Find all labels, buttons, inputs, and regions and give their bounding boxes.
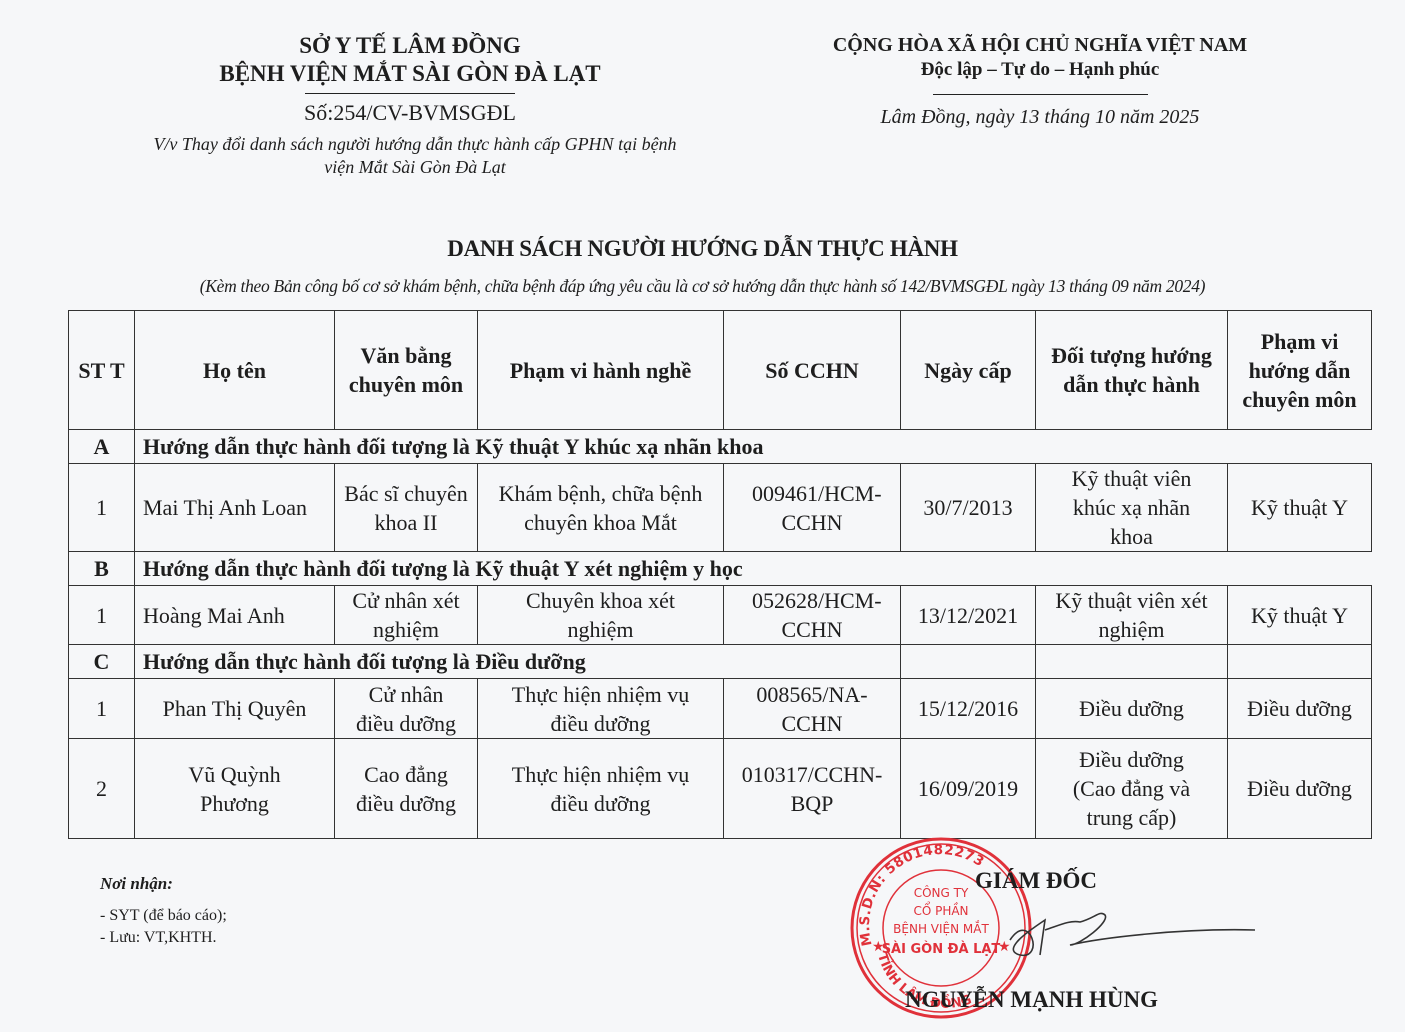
cell-guide-scope: Điều dưỡng [1228,739,1372,839]
section-row: A Hướng dẫn thực hành đối tượng là Kỹ th… [69,430,1372,464]
cell-license: 008565/NA-CCHN [724,679,901,739]
director-title: GIÁM ĐỐC [975,868,1097,894]
cell-date: 13/12/2021 [901,586,1036,645]
cell-degree: Cao đẳng điều dưỡng [335,739,478,839]
column-header: ST T [69,311,135,430]
cell-license: 010317/CCHN-BQP [724,739,901,839]
department-name: SỞ Y TẾ LÂM ĐỒNG [180,32,640,60]
svg-text:BỆNH VIỆN MẮT: BỆNH VIỆN MẮT [893,920,989,936]
cell-target: Điều dưỡng (Cao đẳng và trung cấp) [1036,739,1228,839]
section-title: Hướng dẫn thực hành đối tượng là Điều dư… [135,645,724,679]
cell-degree: Bác sĩ chuyên khoa II [335,464,478,552]
svg-text:CÔNG TY: CÔNG TY [914,885,969,900]
cell-guide-scope: Kỹ thuật Y [1228,464,1372,552]
cell-license: 052628/HCM-CCHN [724,586,901,645]
section-code: B [69,552,135,586]
issuing-agency-block: SỞ Y TẾ LÂM ĐỒNG BỆNH VIỆN MẮT SÀI GÒN Đ… [180,32,640,126]
cell-target: Điều dưỡng [1036,679,1228,739]
document-title: DANH SÁCH NGƯỜI HƯỚNG DẪN THỰC HÀNH [0,236,1405,262]
cell-name: Mai Thị Anh Loan [135,464,335,552]
cell-target: Kỹ thuật viên xét nghiệm [1036,586,1228,645]
empty-cell [1036,645,1228,679]
section-title: Hướng dẫn thực hành đối tượng là Kỹ thuậ… [135,552,1372,586]
cell-stt: 1 [69,679,135,739]
subject-line: V/v Thay đổi danh sách người hướng dẫn t… [120,133,710,179]
recipients-block: Nơi nhận: - SYT (để báo cáo); - Lưu: VT,… [100,873,450,949]
place-date: Lâm Đồng, ngày 13 tháng 10 năm 2025 [800,105,1280,129]
cell-date: 30/7/2013 [901,464,1036,552]
column-header: Ngày cấp [901,311,1036,430]
column-header: Họ tên [135,311,335,430]
svg-text:★: ★ [872,939,885,955]
cell-degree: Cử nhân điều dưỡng [335,679,478,739]
motto: Độc lập – Tự do – Hạnh phúc [800,58,1280,82]
cell-target: Kỹ thuật viên khúc xạ nhãn khoa [1036,464,1228,552]
cell-license: 009461/HCM-CCHN [724,464,901,552]
cell-scope: Thực hiện nhiệm vụ điều dưỡng [478,739,724,839]
table-row: 1 Mai Thị Anh Loan Bác sĩ chuyên khoa II… [69,464,1372,552]
table-row: 2 Vũ Quỳnh Phương Cao đẳng điều dưỡng Th… [69,739,1372,839]
director-name: NGUYỄN MẠNH HÙNG [905,987,1158,1013]
column-header: Phạm vi hướng dẫn chuyên môn [1228,311,1372,430]
cell-scope: Khám bệnh, chữa bệnh chuyên khoa Mắt [478,464,724,552]
national-header-block: CỘNG HÒA XÃ HỘI CHỦ NGHĨA VIỆT NAM Độc l… [800,32,1280,129]
subject-line-1: V/v Thay đổi danh sách người hướng dẫn t… [120,133,710,156]
cell-date: 16/09/2019 [901,739,1036,839]
document-subtitle: (Kèm theo Bản công bố cơ sở khám bệnh, c… [0,276,1405,297]
divider [305,93,515,94]
cell-degree: Cử nhân xét nghiệm [335,586,478,645]
section-title: Hướng dẫn thực hành đối tượng là Kỹ thuậ… [135,430,1372,464]
cell-stt: 1 [69,464,135,552]
recipient-item: - SYT (để báo cáo); [100,905,450,927]
cell-stt: 2 [69,739,135,839]
column-header: Văn bằng chuyên môn [335,311,478,430]
table-header-row: ST T Họ tên Văn bằng chuyên môn Phạm vi … [69,311,1372,430]
cell-name: Phan Thị Quyên [135,679,335,739]
recipients-heading: Nơi nhận: [100,873,450,895]
section-row: B Hướng dẫn thực hành đối tượng là Kỹ th… [69,552,1372,586]
column-header: Phạm vi hành nghề [478,311,724,430]
column-header: Đối tượng hướng dẫn thực hành [1036,311,1228,430]
hospital-name: BỆNH VIỆN MẮT SÀI GÒN ĐÀ LẠT [180,60,640,88]
cell-scope: Thực hiện nhiệm vụ điều dưỡng [478,679,724,739]
section-row: C Hướng dẫn thực hành đối tượng là Điều … [69,645,1372,679]
nation-name: CỘNG HÒA XÃ HỘI CHỦ NGHĨA VIỆT NAM [800,32,1280,58]
cell-date: 15/12/2016 [901,679,1036,739]
cell-name: Vũ Quỳnh Phương [135,739,335,839]
empty-cell [724,645,901,679]
cell-scope: Chuyên khoa xét nghiệm [478,586,724,645]
divider [933,94,1148,95]
svg-text:CỔ PHẦN: CỔ PHẦN [913,902,968,918]
table-row: 1 Hoàng Mai Anh Cử nhân xét nghiệm Chuyê… [69,586,1372,645]
instructor-table: ST T Họ tên Văn bằng chuyên môn Phạm vi … [68,310,1372,839]
document-number: Số:254/CV-BVMSGĐL [180,100,640,126]
empty-cell [901,645,1036,679]
cell-name: Hoàng Mai Anh [135,586,335,645]
table-row: 1 Phan Thị Quyên Cử nhân điều dưỡng Thực… [69,679,1372,739]
recipient-item: - Lưu: VT,KHTH. [100,927,450,949]
column-header: Số CCHN [724,311,901,430]
section-code: C [69,645,135,679]
subject-line-2: viện Mắt Sài Gòn Đà Lạt [120,156,710,179]
svg-text:SÀI GÒN ĐÀ LẠT: SÀI GÒN ĐÀ LẠT [882,941,1001,957]
signature-icon [1000,900,1260,970]
cell-guide-scope: Kỹ thuật Y [1228,586,1372,645]
cell-stt: 1 [69,586,135,645]
empty-cell [1228,645,1372,679]
section-code: A [69,430,135,464]
cell-guide-scope: Điều dưỡng [1228,679,1372,739]
